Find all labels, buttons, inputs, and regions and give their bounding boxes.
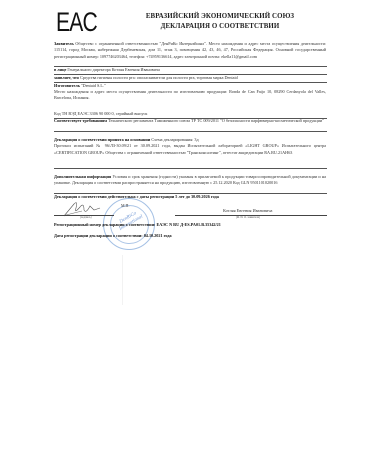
document-title: ЕВРАЗИЙСКИЙ ЭКОНОМИЧЕСКИЙ СОЮЗ ДЕКЛАРАЦИ… [110,12,330,32]
manufacturer-section: Изготовитель "Dentaid S.L." Место нахожд… [54,83,326,102]
registration-date: 04.10.2021 года [143,233,172,238]
registration-date-label: Дата регистрации декларации о соответств… [54,233,143,238]
manufacturer-name: "Dentaid S.L." [80,83,106,88]
represented-by-label: в лице [54,67,66,72]
represented-by-section: в лице Генерального директора Котляя Евг… [54,67,326,73]
applicant-label: Заявитель [54,41,74,46]
title-declaration: ДЕКЛАРАЦИЯ О СООТВЕТСТВИИ [110,22,330,32]
basis-scheme: Схема декларирования: 3д [150,137,198,142]
signature-caption: (подпись) [80,216,92,219]
eac-logo: EAC [56,9,78,35]
title-union: ЕВРАЗИЙСКИЙ ЭКОНОМИЧЕСКИЙ СОЮЗ [110,12,330,22]
divider [54,168,327,169]
manufacturer-address: Место нахождения и адрес места осуществл… [54,89,326,102]
tn-ved-code: Код ТН ВЭД ЕАЭС 3306 90 000 0, серийный … [54,111,147,116]
declares-text: Средства гигиены полости рта: ополаскива… [79,75,238,80]
applicant-section: Заявитель Общество с ограниченной ответс… [54,41,326,60]
represented-by-text: Генерального директора Котляя Евгения Ив… [66,67,160,72]
divider [54,131,327,132]
signer-caption: (Ф. И. О. заявителя) [236,216,260,219]
manufacturer-label: Изготовитель [54,83,80,88]
basis-section: Декларация о соответствии принята на осн… [54,137,326,156]
registration-date-section: Дата регистрации декларации о соответств… [54,233,326,239]
registration-number: ЕАЭС N RU Д-ES.PA01.В.35342/21 [155,222,220,227]
basis-text: Протокол испытаний № 96/ЛЗ-30.09/21 от 3… [54,143,326,156]
conformity-label: Соответствует требованиям [54,118,107,123]
additional-info-section: Дополнительная информация Условия и срок… [54,174,326,187]
declaration-page: EAC ЕВРАЗИЙСКИЙ ЭКОНОМИЧЕСКИЙ СОЮЗ ДЕКЛА… [0,0,375,450]
additional-info-label: Дополнительная информация [54,174,111,179]
declares-label: заявляет, что [54,75,79,80]
applicant-text: Общество с ограниченной ответственностью… [54,41,326,59]
scan-fold-mark [122,255,123,305]
basis-label: Декларация о соответствии принята на осн… [54,137,150,142]
declares-section: заявляет, что Средства гигиены полости р… [54,75,326,81]
stamp-place-mark: М.П. [121,203,129,208]
conformity-text: Технического регламента Таможенного союз… [107,118,324,123]
registration-number-label: Регистрационный номер декларации о соотв… [54,222,155,227]
registration-number-section: Регистрационный номер декларации о соотв… [54,222,326,228]
code-section: Код ТН ВЭД ЕАЭС 3306 90 000 0, серийный … [54,111,326,117]
signer-name: Котляя Евгения Ивановича [223,208,272,213]
conformity-section: Соответствует требованиям Технического р… [54,118,326,124]
